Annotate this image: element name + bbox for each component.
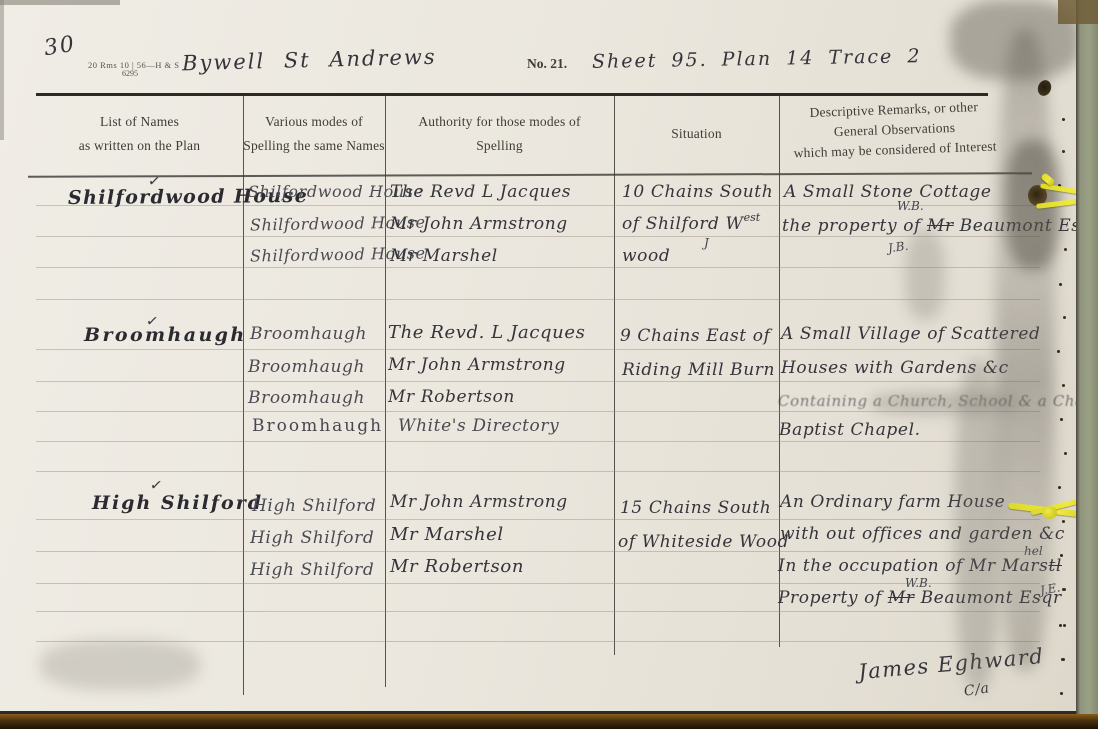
ruled-line (36, 441, 1040, 442)
ruled-line (36, 299, 1040, 300)
spelling-entry: Broomhaugh (248, 357, 365, 377)
grime-smudge (905, 230, 945, 320)
spelling-entry: High Shilford (252, 496, 376, 516)
spelling-entry: Broomhaugh (250, 324, 367, 344)
inserted-correction: est (744, 211, 761, 224)
situation-line: Riding Mill Burn (622, 360, 775, 380)
remarks-text: the property of (782, 216, 927, 236)
situation-line: of Whiteside Wood (618, 532, 789, 552)
situation-line: 15 Chains South (620, 498, 771, 518)
authority-entry: Mr Marshel (390, 524, 504, 545)
spelling-entry: High Shilford (250, 560, 374, 580)
header-line: as written on the Plan (79, 134, 200, 158)
ruled-line (36, 236, 1040, 237)
sheet-plan-trace: Sheet 95. Plan 14 Trace 2 (592, 45, 922, 73)
plan-name: Broomhaugh (84, 324, 247, 346)
left-edge-shadow (0, 0, 4, 140)
ruled-line (36, 267, 1040, 268)
parish-title: Bywell St Andrews (182, 45, 437, 76)
ruled-line (36, 471, 1040, 472)
grime-smudge (995, 30, 1055, 670)
authority-entry: Mr John Armstrong (390, 214, 568, 234)
header-list-of-names: List of Names as written on the Plan (36, 96, 243, 172)
header-line: Spelling the same Names (243, 134, 384, 158)
situation-line: of Shilford West (622, 214, 760, 234)
scanned-name-book-page: 30 20 Rms 10 | 56—H & S 6295 Bywell St A… (0, 0, 1098, 729)
header-authority: Authority for those modes of Spelling (385, 96, 614, 172)
inserted-initials: W.B. (905, 576, 932, 590)
inserted-initials: W.B. (897, 199, 924, 213)
page-number: 30 (42, 32, 78, 62)
header-line: Authority for those modes of (418, 110, 580, 134)
spelling-entry: Broomhaugh (248, 388, 365, 408)
authority-entry: Mr John Armstrong (388, 355, 566, 375)
ruled-line (36, 611, 1040, 612)
authority-entry: The Revd L Jacques (390, 182, 571, 202)
grime-smudge (870, 392, 1020, 414)
remarks-text: Property of (778, 588, 888, 608)
ruled-line (36, 349, 1040, 350)
header-descriptive-remarks: Descriptive Remarks, or other General Ob… (778, 88, 1012, 172)
page-right-edge (1076, 0, 1098, 729)
remarks-line: Baptist Chapel. (779, 420, 921, 440)
grime-smudge (40, 640, 200, 690)
remarks-line: A Small Stone Cottage (784, 182, 992, 202)
top-edge-shadow (0, 0, 120, 5)
ruled-line (36, 381, 1040, 382)
situation-line: 9 Chains East of (620, 326, 770, 346)
ruled-line (36, 641, 1040, 642)
situation-line: wood (622, 246, 670, 266)
ruled-line (36, 551, 1040, 552)
authority-entry: Mr Marshel (390, 246, 498, 266)
ruled-line (36, 583, 1040, 584)
spelling-entry: Broomhaugh (252, 416, 383, 436)
authority-entry: Mr Robertson (388, 387, 515, 407)
header-modes-of-spelling: Various modes of Spelling the same Names (243, 96, 385, 172)
authority-entry: Mr Robertson (390, 556, 524, 577)
header-situation: Situation (614, 96, 779, 172)
spelling-entry: High Shilford (250, 528, 374, 548)
form-number-label: No. 21. (527, 56, 567, 72)
struck-text: Mr (888, 588, 915, 608)
ruled-line (36, 519, 1040, 520)
backing-corner (1058, 0, 1098, 24)
header-line: Situation (671, 122, 722, 146)
punch-perforation-dots (1062, 118, 1065, 121)
authority-entry: White's Directory (398, 416, 559, 436)
plan-name: High Shilford (92, 492, 263, 514)
header-line: which may be considered of Interest (793, 136, 997, 163)
header-bottom-border (28, 172, 1032, 177)
authority-entry: Mr John Armstrong (390, 492, 568, 512)
yellow-tie-knot (1042, 506, 1057, 519)
header-line: Various modes of (265, 110, 363, 134)
header-line: Spelling (476, 134, 523, 158)
situation-line: 10 Chains South (622, 182, 773, 202)
authority-entry: The Revd. L Jacques (388, 322, 585, 343)
checker-initials: J (704, 236, 709, 250)
bottom-backing-strip (0, 714, 1098, 729)
situation-text: of Shilford W (622, 214, 744, 234)
column-divider-3 (614, 95, 615, 655)
print-stamp-line2: 6295 (122, 69, 138, 78)
header-line: List of Names (100, 110, 179, 134)
